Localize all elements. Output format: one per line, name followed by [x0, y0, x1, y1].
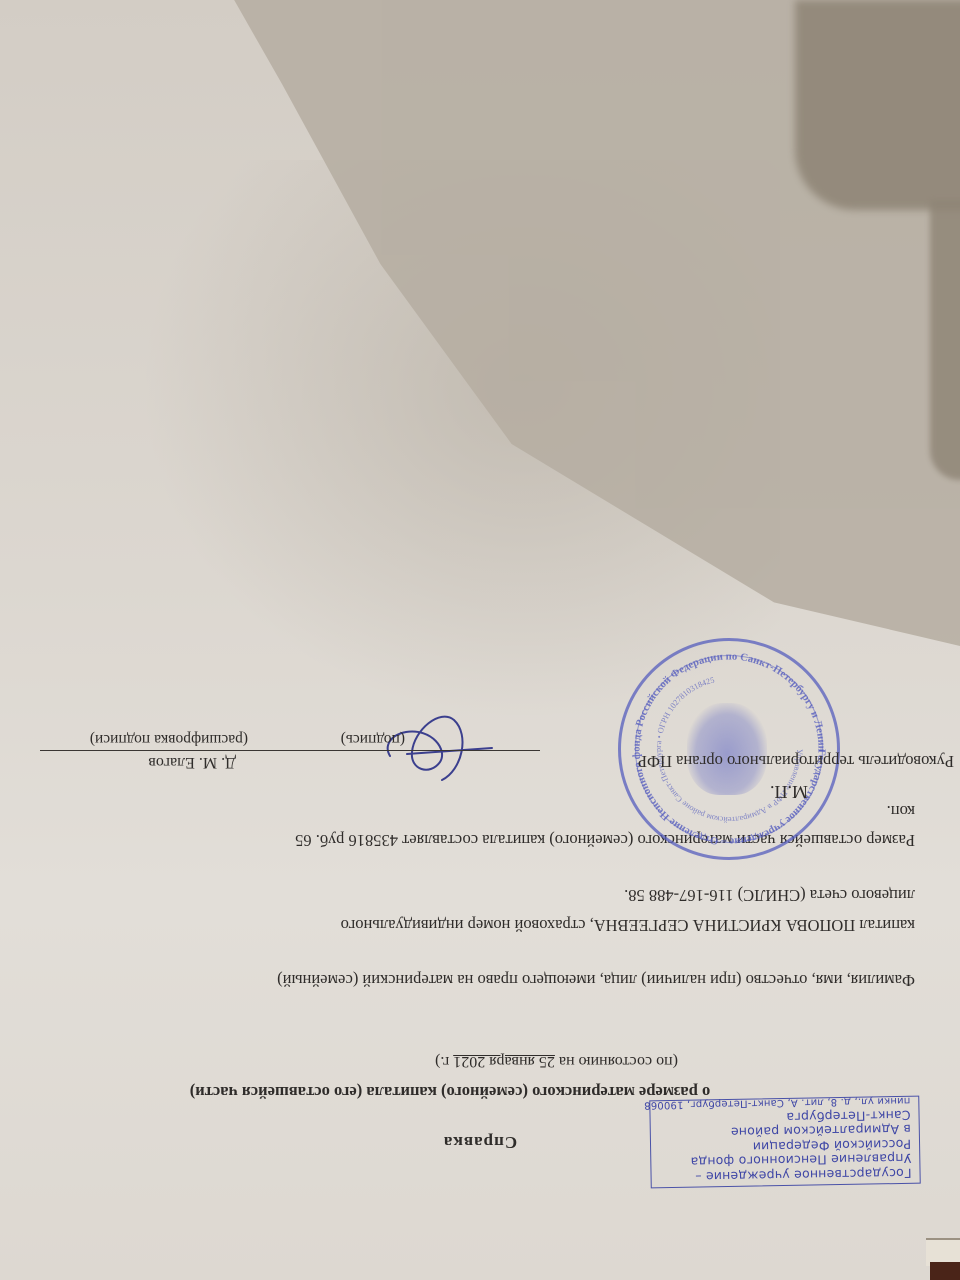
signer-name: Д. М. Елагов	[148, 753, 236, 771]
signature-decoding-caption: (расшифровка подписи)	[90, 730, 248, 748]
as-of-prefix: (по состоянию на	[559, 1053, 678, 1070]
snils-line: лицевого счета (СНИЛС) 116-167-488 58.	[624, 885, 915, 905]
as-of-suffix: г.)	[435, 1053, 449, 1070]
official-seal: Государственное учреждение – Отделение П…	[618, 638, 840, 860]
holder-paragraph: Фамилия, имя, отчество (при наличии) лиц…	[277, 970, 915, 990]
holder-name-line: капитал ПОПОВА КРИСТИНА СЕРГЕЕВНА, страх…	[341, 915, 915, 935]
document-photo: Государственное учреждение – Управление …	[0, 0, 960, 1280]
signature-caption: (подпись)	[341, 730, 405, 748]
capital-amount-kopecks: коп.	[887, 801, 915, 821]
as-of-date: 25 января 2021	[453, 1053, 555, 1070]
double-headed-eagle-icon	[687, 703, 767, 795]
certificate-document: Государственное учреждение – Управление …	[0, 0, 960, 1280]
as-of-date-line: (по состоянию на 25 января 2021 г.)	[435, 1052, 678, 1070]
document-title: Справка	[0, 1132, 960, 1152]
signer-position: Руководитель территориального органа ПФР	[638, 751, 954, 771]
seal-place-label: М.П.	[770, 781, 808, 802]
signature-line	[40, 750, 540, 751]
document-subtitle: о размере материнского (семейного) капит…	[70, 1082, 830, 1102]
